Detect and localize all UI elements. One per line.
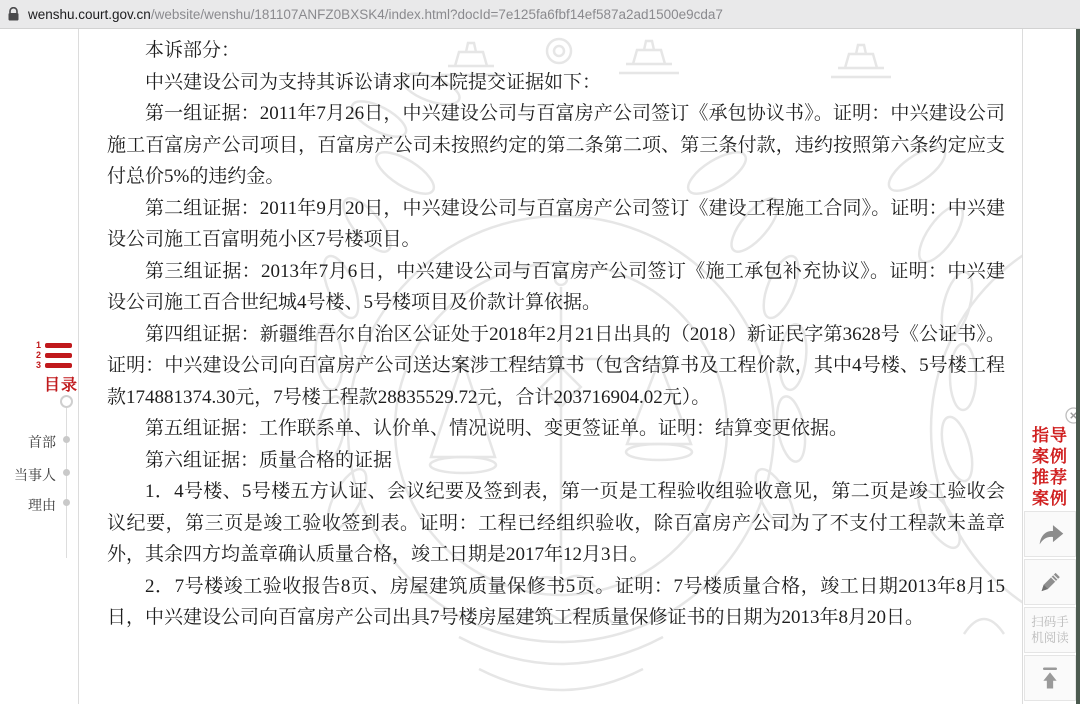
url-domain: wenshu.court.gov.cn: [28, 7, 151, 22]
judgment-paragraph: 第四组证据：新疆维吾尔自治区公证处于2018年2月21日出具的（2018）新证民…: [107, 319, 1005, 414]
edit-button[interactable]: [1024, 559, 1076, 605]
lock-icon[interactable]: [8, 7, 19, 21]
judgment-paragraph: 第二组证据：2011年9月20日，中兴建设公司与百富房产公司签订《建设工程施工合…: [107, 193, 1005, 256]
share-arrow-icon: [1035, 520, 1065, 548]
judgment-paragraph: 2．7号楼竣工验收报告8页、房屋建筑质量保修书5页。证明：7号楼质量合格，竣工日…: [107, 571, 1005, 634]
window-edge-strip: [1076, 29, 1080, 704]
judgment-paragraph: 第一组证据：2011年7月26日，中兴建设公司与百富房产公司签订《承包协议书》。…: [107, 98, 1005, 193]
judgment-paragraph: 第三组证据：2013年7月6日，中兴建设公司与百富房产公司签订《施工承包补充协议…: [107, 256, 1005, 319]
toc-digit: 3: [36, 362, 42, 369]
toc-toggle[interactable]: 1 2 3 目录: [36, 339, 78, 395]
qr-read-label: 扫码手机阅读: [1025, 614, 1075, 646]
timeline-line: [66, 408, 67, 558]
judgment-paragraph: 第五组证据：工作联系单、认价单、情况说明、变更签证单。证明：结算变更依据。: [107, 413, 1005, 445]
pencil-icon: [1036, 568, 1064, 596]
sidebar-item-reasoning[interactable]: 理由: [28, 495, 56, 515]
toc-label: 目录: [36, 372, 78, 395]
timeline-dot: [63, 436, 70, 443]
toc-digit: 1: [36, 342, 42, 349]
numbered-list-icon: 1 2 3: [36, 342, 78, 369]
toc-digit: 2: [36, 352, 42, 359]
url-path: /website/wenshu/181107ANFZ0BXSK4/index.h…: [151, 7, 723, 22]
share-button[interactable]: [1024, 511, 1076, 557]
browser-address-bar[interactable]: wenshu.court.gov.cn/website/wenshu/18110…: [0, 0, 1080, 29]
wenshu-page: 本诉部分： 中兴建设公司为支持其诉讼请求向本院提交证据如下： 第一组证据：201…: [0, 29, 1080, 704]
recommended-cases-link[interactable]: 推荐案例: [1028, 467, 1072, 509]
judgment-paragraph: 中兴建设公司为支持其诉讼请求向本院提交证据如下：: [107, 67, 1005, 99]
qr-read-button[interactable]: 扫码手机阅读: [1024, 607, 1076, 653]
back-to-top-button[interactable]: [1024, 655, 1076, 701]
sidebar-item-parties[interactable]: 当事人: [14, 465, 56, 485]
judgment-paragraph: 1．4号楼、5号楼五方认证、会议纪要及签到表，第一页是工程验收组验收意见，第二页…: [107, 476, 1005, 571]
judgment-text: 本诉部分： 中兴建设公司为支持其诉讼请求向本院提交证据如下： 第一组证据：201…: [107, 35, 1005, 634]
judgment-paragraph: 第六组证据：质量合格的证据: [107, 445, 1005, 477]
tool-stack: 扫码手机阅读: [1024, 511, 1076, 701]
judgment-document: 本诉部分： 中兴建设公司为支持其诉讼请求向本院提交证据如下： 第一组证据：201…: [78, 29, 1023, 704]
timeline-dot: [63, 499, 70, 506]
sidebar-item-heading[interactable]: 首部: [28, 432, 56, 452]
url-text: wenshu.court.gov.cn/website/wenshu/18110…: [28, 7, 723, 22]
left-nav-rail: 1 2 3 目录 首部 当事人 理由: [0, 29, 78, 704]
timeline-dot: [63, 469, 70, 476]
judgment-paragraph: 本诉部分：: [107, 35, 1005, 67]
guiding-cases-link[interactable]: 指导案例: [1028, 425, 1072, 467]
timeline-start-marker: [60, 395, 73, 408]
back-to-top-icon: [1036, 663, 1064, 693]
right-tool-rail: 指导案例 推荐案例 扫码手机阅读: [1024, 29, 1076, 704]
